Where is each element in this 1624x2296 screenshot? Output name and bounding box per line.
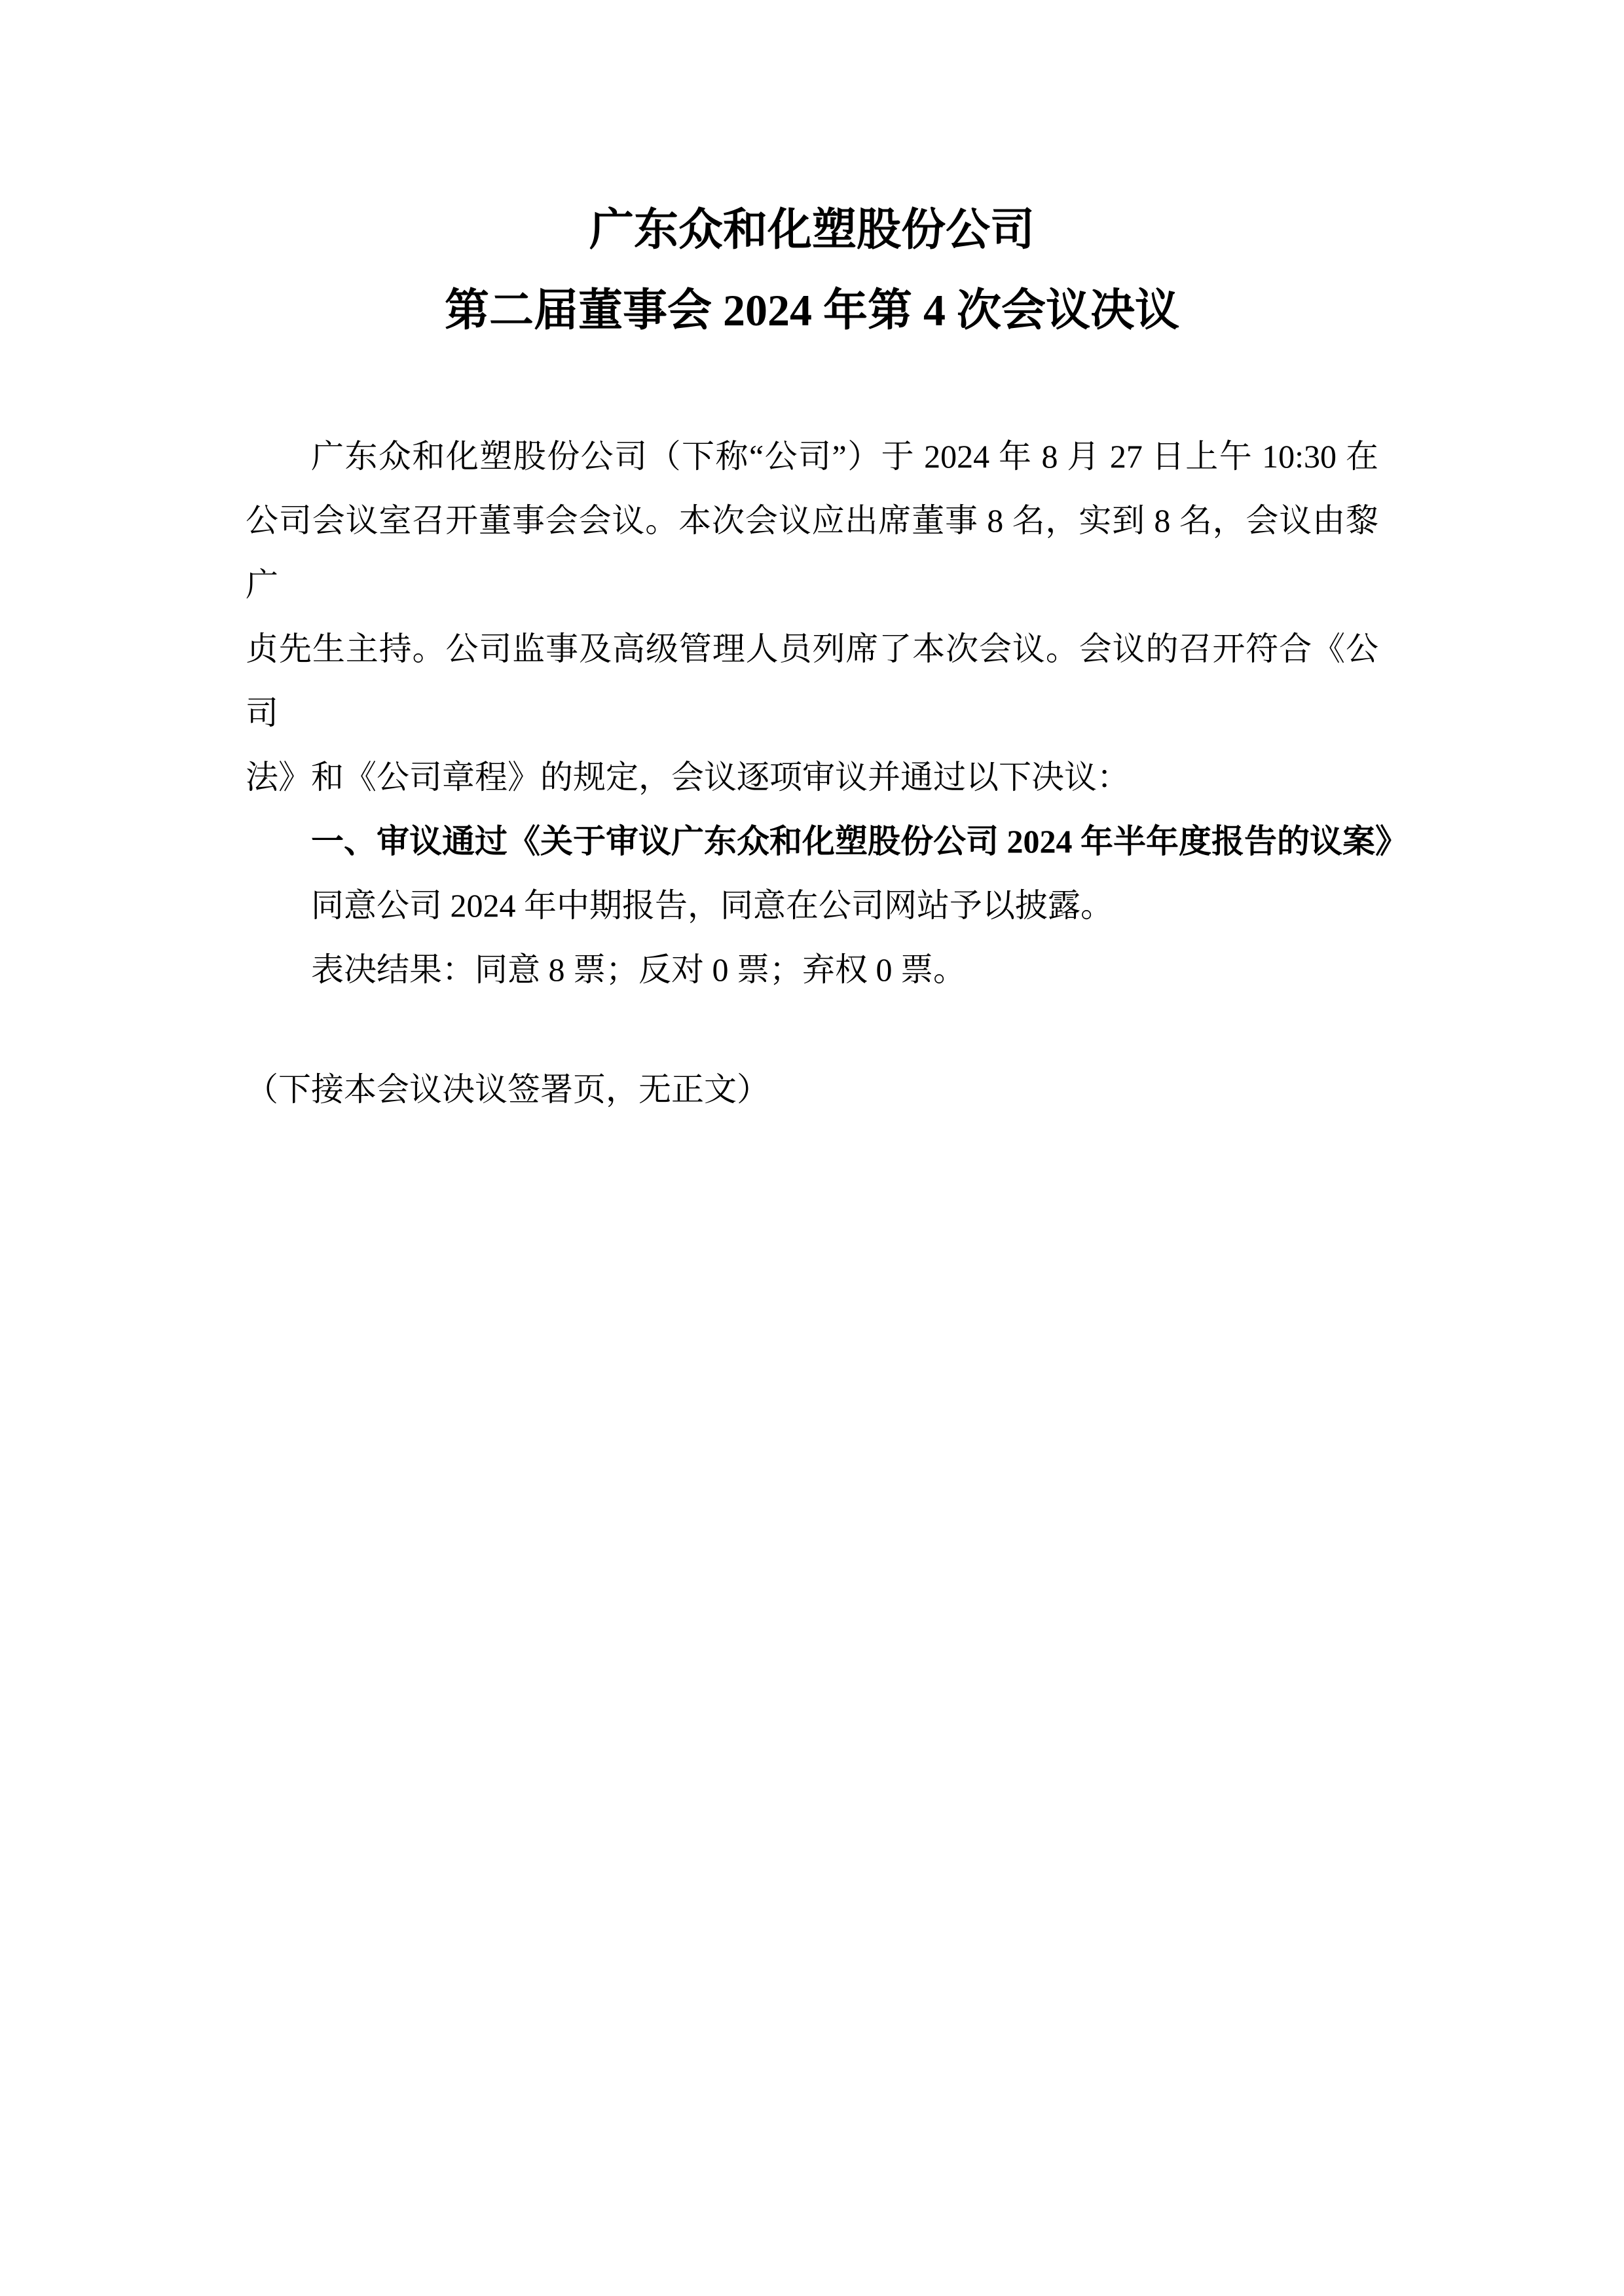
document-title-line1: 广东众和化塑股份公司 bbox=[0, 199, 1624, 261]
paragraph-line-4: 法》和《公司章程》的规定，会议逐项审议并通过以下决议： bbox=[246, 745, 1378, 809]
paragraph-line-3: 贞先生主持。公司监事及高级管理人员列席了本次会议。会议的召开符合《公司 bbox=[246, 617, 1378, 745]
document-title-line2: 第二届董事会 2024 年第 4 次会议决议 bbox=[0, 280, 1624, 342]
paragraph-line-2: 公司会议室召开董事会会议。本次会议应出席董事 8 名，实到 8 名，会议由黎广 bbox=[246, 488, 1378, 617]
document-body: 广东众和化塑股份公司（下称“公司”）于 2024 年 8 月 27 日上午 10… bbox=[246, 424, 1378, 1121]
paragraph-line-1: 广东众和化塑股份公司（下称“公司”）于 2024 年 8 月 27 日上午 10… bbox=[246, 424, 1378, 488]
vote-result: 表决结果：同意 8 票；反对 0 票；弃权 0 票。 bbox=[246, 938, 1378, 1002]
resolution-detail: 同意公司 2024 年中期报告，同意在公司网站予以披露。 bbox=[246, 873, 1378, 938]
closing-note: （下接本会议决议签署页，无正文） bbox=[246, 1057, 1378, 1121]
resolution-heading: 一、审议通过《关于审议广东众和化塑股份公司 2024 年半年度报告的议案》 bbox=[246, 809, 1378, 873]
document-page: 广东众和化塑股份公司 第二届董事会 2024 年第 4 次会议决议 广东众和化塑… bbox=[0, 0, 1624, 2296]
